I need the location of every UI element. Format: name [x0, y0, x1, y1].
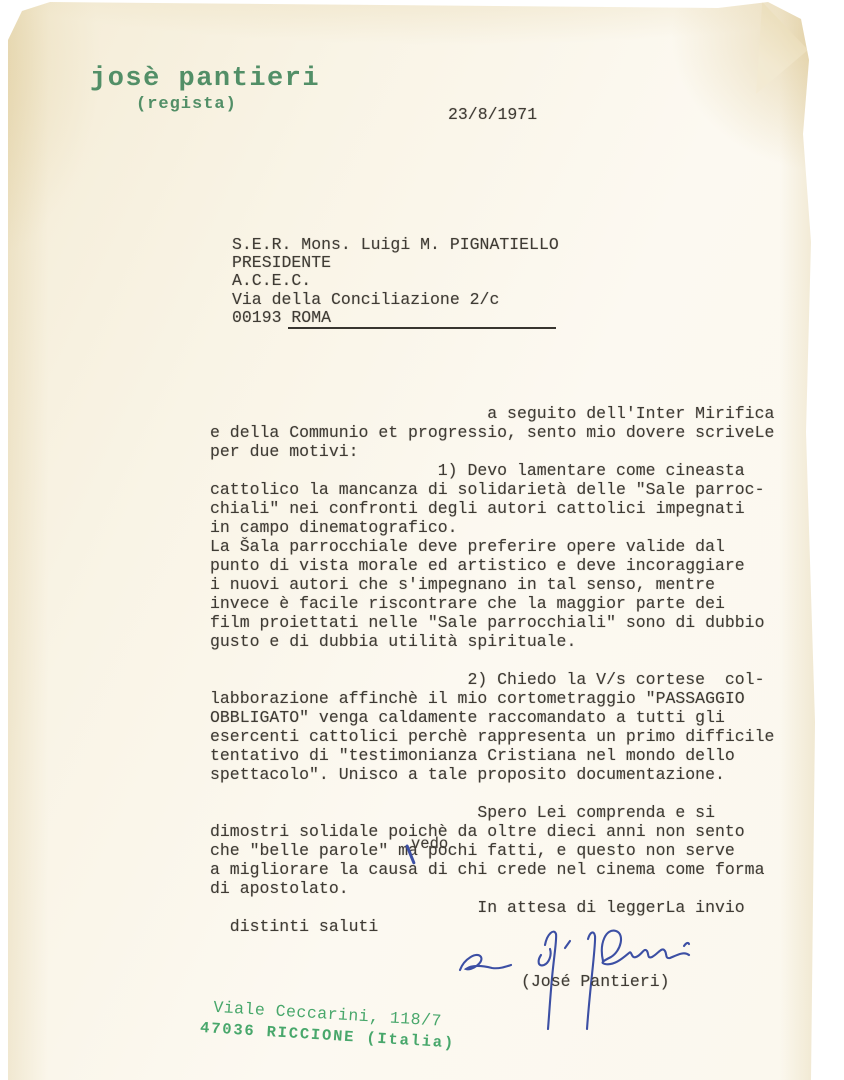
body-paragraph-1: a seguito dell'Inter Mirifica e della Co… [210, 404, 774, 651]
sender-stamp-name: josè pantieri [90, 64, 320, 94]
corner-fold [756, 2, 808, 94]
roma-underline [288, 327, 556, 329]
body-paragraph-2: 2) Chiedo la V/s cortese col- labborazio… [210, 670, 774, 784]
sender-stamp-role: (regista) [136, 95, 320, 114]
sender-stamp: josè pantieri (regista) [90, 64, 320, 114]
letter-date: 23/8/1971 [448, 105, 537, 124]
inserted-word-vedo: vedo [411, 835, 448, 853]
recipient-address: S.E.R. Mons. Luigi M. PIGNATIELLO PRESID… [232, 236, 559, 327]
signature-typed-name: (José Pantieri) [521, 972, 670, 991]
scanned-letter-page: josè pantieri (regista) 23/8/1971 S.E.R.… [0, 0, 844, 1080]
body-paragraph-3: Spero Lei comprenda e si dimostri solida… [210, 803, 765, 936]
